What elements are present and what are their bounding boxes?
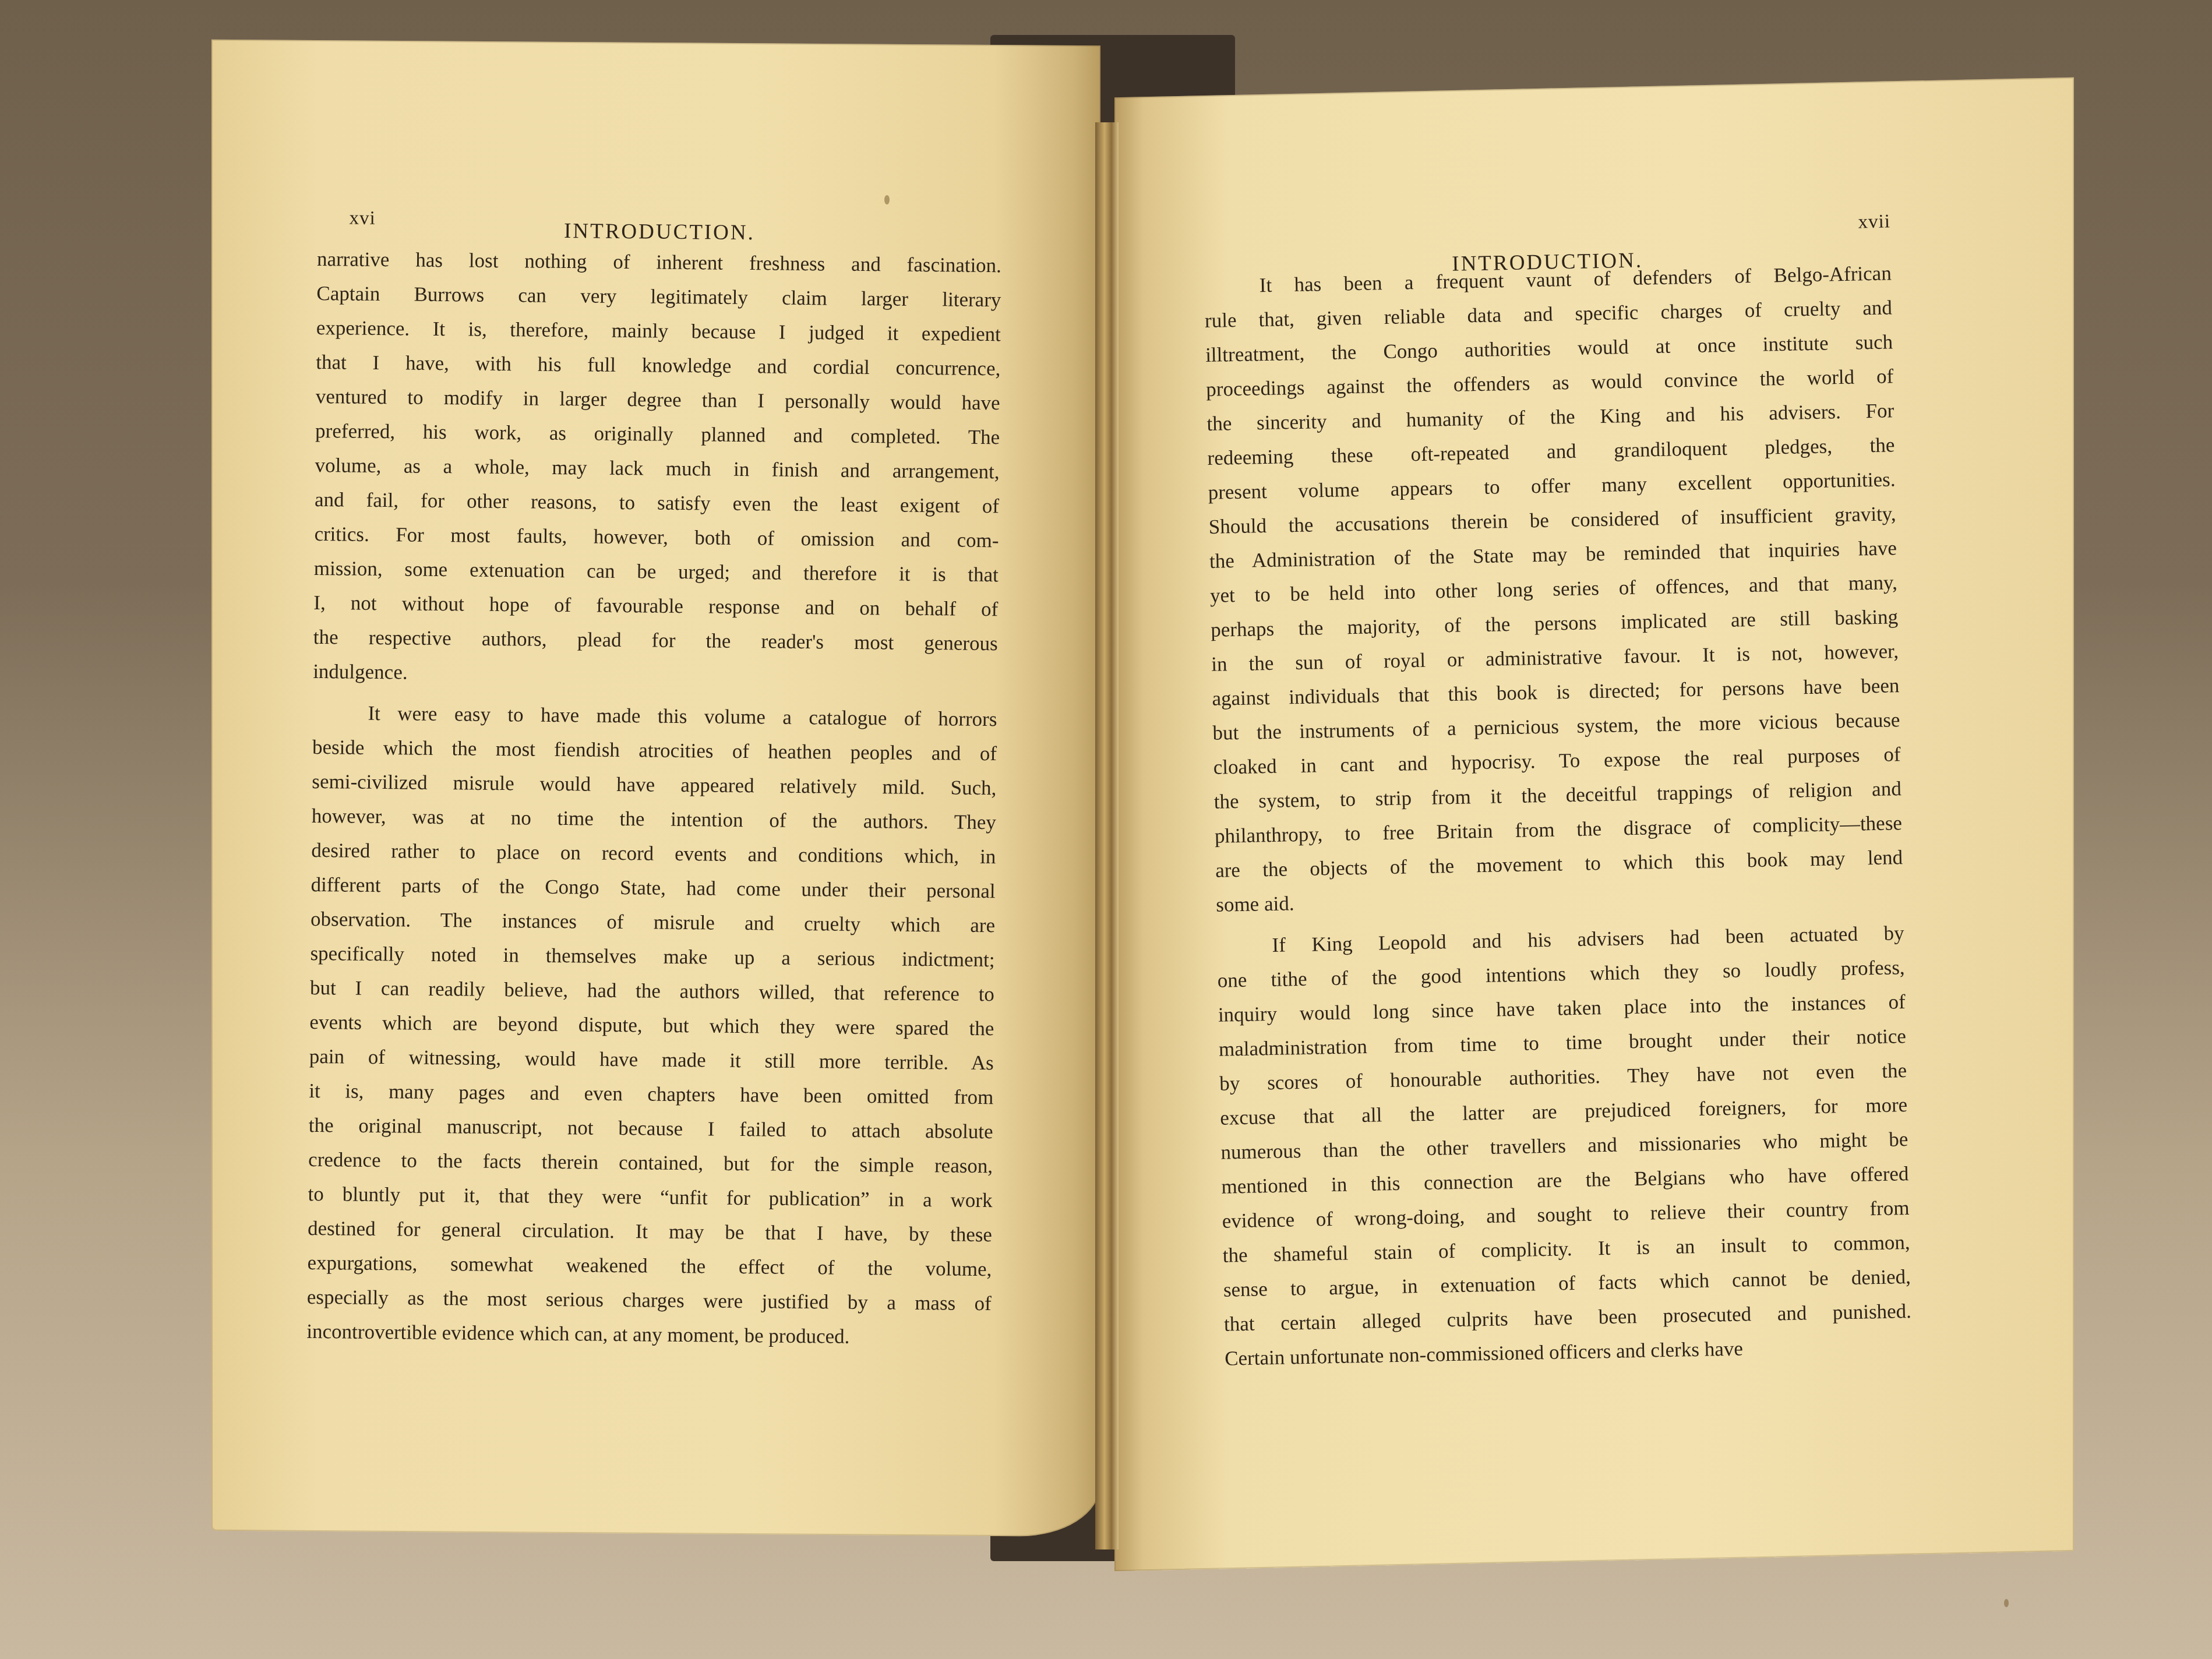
book-gutter	[1095, 122, 1119, 1549]
paragraph: It were easy to have made this volume a …	[306, 696, 997, 1355]
paper-spot	[2004, 1599, 2009, 1607]
page-number: xvii	[1858, 204, 1890, 239]
page-body: It has been a frequent vaunt of defender…	[1204, 256, 1912, 1375]
chapter-title: INTRODUCTION.	[317, 211, 1002, 252]
text-line: the respective authors, plead for the re…	[313, 620, 999, 661]
running-head: xvi INTRODUCTION.	[317, 201, 1002, 248]
left-page-text: xvi INTRODUCTION. narrative has lost not…	[306, 201, 1002, 1355]
text-line: incontrovertible evidence which can, at …	[306, 1314, 992, 1355]
paragraph: If King Leopold and his advisers had bee…	[1216, 916, 1913, 1376]
paragraph: It has been a frequent vaunt of defender…	[1204, 256, 1903, 922]
page-body: narrative has lost nothing of inherent f…	[306, 242, 1001, 1355]
photo-scene: xvi INTRODUCTION. narrative has lost not…	[0, 0, 2212, 1659]
paper-spot	[884, 195, 890, 204]
right-page-text: xvii INTRODUCTION. It has been a frequen…	[1203, 215, 1913, 1375]
paragraph: narrative has lost nothing of inherent f…	[313, 242, 1001, 695]
